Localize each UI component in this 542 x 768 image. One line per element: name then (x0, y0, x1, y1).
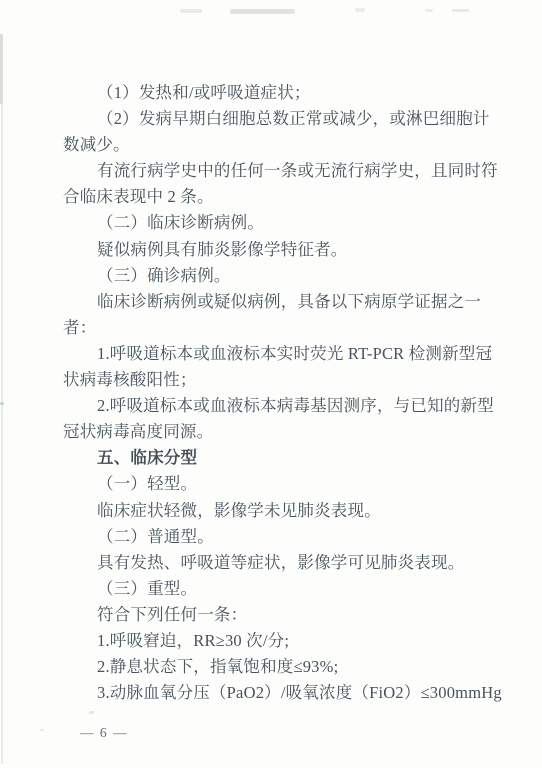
document-text-line: （三）确诊病例。 (63, 263, 483, 289)
scan-artifact (89, 711, 94, 714)
scanned-document-page: （1）发热和/或呼吸道症状； （2）发病早期白细胞总数正常或减少，或淋巴细胞计 … (0, 0, 542, 768)
document-text-line: （1）发热和/或呼吸道症状； (63, 80, 483, 106)
document-text-line: （2）发病早期白细胞总数正常或减少，或淋巴细胞计 (63, 106, 483, 132)
document-text-line: 1.呼吸窘迫，RR≥30 次/分; (63, 628, 483, 654)
scan-edge-line (0, 34, 3, 104)
scan-artifact (0, 402, 4, 405)
document-text-line: 2.静息状态下，指氧饱和度≤93%; (63, 654, 483, 680)
document-text-line: 临床症状轻微，影像学未见肺炎表现。 (63, 498, 483, 524)
document-text-line: 具有发热、呼吸道等症状，影像学可见肺炎表现。 (63, 550, 483, 576)
document-text-line: 2.呼吸道标本或血液标本病毒基因测序，与已知的新型 (63, 393, 483, 419)
document-text-line: 状病毒核酸阳性； (63, 367, 483, 393)
page-number: — 6 — (80, 725, 128, 741)
document-text-line: 3.动脉血氧分压（PaO2）/吸氧浓度（FiO2）≤300mmHg (63, 680, 483, 706)
document-text-line: 者： (63, 315, 483, 341)
document-text-line: 疑似病例具有肺炎影像学特征者。 (63, 237, 483, 263)
document-text-line: （二）普通型。 (63, 524, 483, 550)
scan-artifact (355, 8, 365, 12)
scan-artifact (180, 9, 202, 13)
document-text-line: （二）临床诊断病例。 (63, 210, 483, 236)
document-text-line: 冠状病毒高度同源。 (63, 419, 483, 445)
document-text-line: （三）重型。 (63, 576, 483, 602)
scan-edge-line (1, 34, 3, 764)
document-body: （1）发热和/或呼吸道症状； （2）发病早期白细胞总数正常或减少，或淋巴细胞计 … (63, 80, 483, 706)
scan-artifact (452, 9, 469, 12)
document-text-line: 数减少。 (63, 132, 483, 158)
document-text-line: 临床诊断病例或疑似病例，具备以下病原学证据之一 (63, 289, 483, 315)
document-text-line: 五、临床分型 (63, 445, 483, 471)
scan-artifact (425, 9, 433, 12)
document-text-line: （一）轻型。 (63, 471, 483, 497)
scan-artifact (230, 9, 295, 14)
document-text-line: 合临床表现中 2 条。 (63, 184, 483, 210)
document-text-line: 符合下列任何一条： (63, 602, 483, 628)
document-text-line: 有流行病学史中的任何一条或无流行病学史，且同时符 (63, 158, 483, 184)
scan-artifact (40, 729, 44, 731)
document-text-line: 1.呼吸道标本或血液标本实时荧光 RT-PCR 检测新型冠 (63, 341, 483, 367)
